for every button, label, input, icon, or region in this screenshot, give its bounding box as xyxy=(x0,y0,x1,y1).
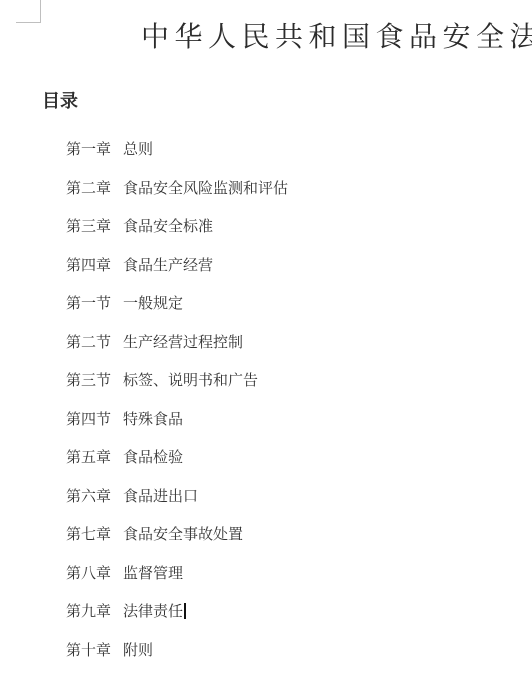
toc-item[interactable]: 第四节特殊食品 xyxy=(66,401,506,440)
toc-item[interactable]: 第八章监督管理 xyxy=(66,555,506,594)
toc-item-title: 特殊食品 xyxy=(123,401,183,440)
toc-item-title: 监督管理 xyxy=(123,555,183,594)
toc-item-title: 标签、说明书和广告 xyxy=(123,362,258,401)
toc-item-title: 总则 xyxy=(123,131,153,170)
toc-item-label: 第五章 xyxy=(66,439,112,478)
toc-item-title: 法律责任 xyxy=(123,593,183,632)
toc-item-title: 食品安全风险监测和评估 xyxy=(123,170,288,209)
toc-item[interactable]: 第六章食品进出口 xyxy=(66,478,506,517)
toc-item-label: 第六章 xyxy=(66,478,112,517)
toc-list: 第一章总则第二章食品安全风险监测和评估第三章食品安全标准第四章食品生产经营第一节… xyxy=(66,131,506,670)
toc-item-title: 食品生产经营 xyxy=(123,247,213,286)
toc-item-title: 附则 xyxy=(123,632,153,671)
toc-item-label: 第二节 xyxy=(66,324,112,363)
toc-item-label: 第十章 xyxy=(66,632,112,671)
toc-item-title: 食品进出口 xyxy=(123,478,198,517)
toc-item-label: 第三章 xyxy=(66,208,112,247)
toc-item[interactable]: 第一节一般规定 xyxy=(66,285,506,324)
toc-heading: 目录 xyxy=(42,91,78,112)
text-cursor xyxy=(184,603,186,619)
toc-item[interactable]: 第七章食品安全事故处置 xyxy=(66,516,506,555)
toc-item-label: 第一节 xyxy=(66,285,112,324)
margin-crop-mark-vertical xyxy=(40,0,41,23)
toc-item[interactable]: 第二章食品安全风险监测和评估 xyxy=(66,170,506,209)
toc-item-label: 第三节 xyxy=(66,362,112,401)
toc-item-label: 第一章 xyxy=(66,131,112,170)
toc-item[interactable]: 第五章食品检验 xyxy=(66,439,506,478)
toc-item-label: 第四章 xyxy=(66,247,112,286)
toc-item-title: 食品检验 xyxy=(123,439,183,478)
toc-item[interactable]: 第十章附则 xyxy=(66,632,506,671)
margin-crop-mark-horizontal xyxy=(16,22,41,23)
document-page[interactable]: 中华人民共和国食品安全法 目录 第一章总则第二章食品安全风险监测和评估第三章食品… xyxy=(0,0,532,690)
document-title: 中华人民共和国食品安全法 xyxy=(141,22,532,54)
toc-item[interactable]: 第一章总则 xyxy=(66,131,506,170)
toc-item[interactable]: 第三章食品安全标准 xyxy=(66,208,506,247)
toc-item[interactable]: 第九章法律责任 xyxy=(66,593,506,632)
toc-item[interactable]: 第四章食品生产经营 xyxy=(66,247,506,286)
toc-item-title: 生产经营过程控制 xyxy=(123,324,243,363)
toc-item-label: 第二章 xyxy=(66,170,112,209)
toc-item-title: 食品安全标准 xyxy=(123,208,213,247)
toc-item[interactable]: 第二节生产经营过程控制 xyxy=(66,324,506,363)
toc-item-label: 第九章 xyxy=(66,593,112,632)
toc-item-title: 食品安全事故处置 xyxy=(123,516,243,555)
toc-item-label: 第七章 xyxy=(66,516,112,555)
toc-item-label: 第八章 xyxy=(66,555,112,594)
toc-item[interactable]: 第三节标签、说明书和广告 xyxy=(66,362,506,401)
toc-item-title: 一般规定 xyxy=(123,285,183,324)
toc-item-label: 第四节 xyxy=(66,401,112,440)
